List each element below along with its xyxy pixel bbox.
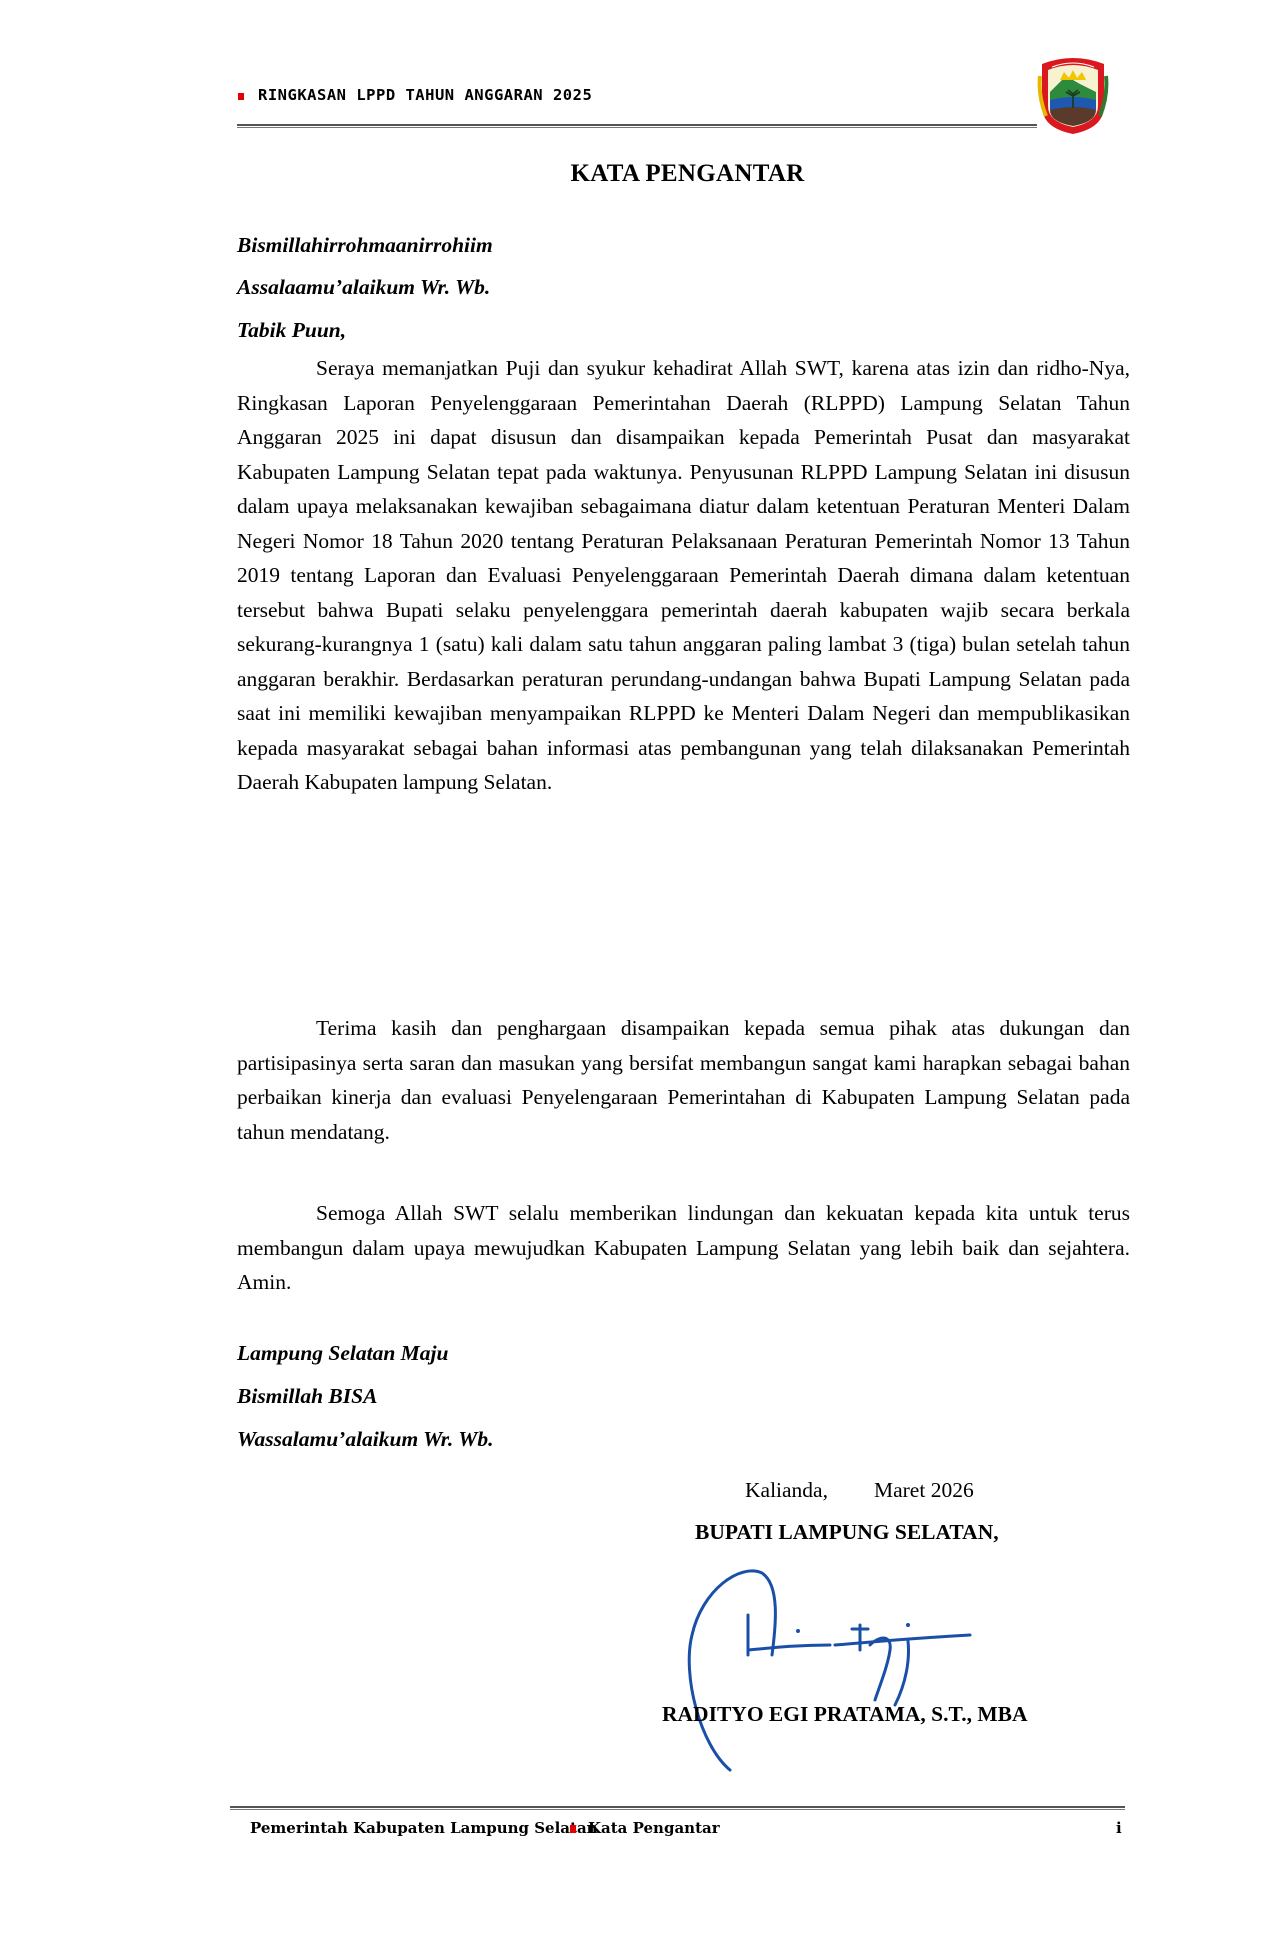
paragraph-intro: Seraya memanjatkan Puji dan syukur kehad…: [237, 351, 1130, 800]
greeting-salam: Assalaamu’alaikum Wr. Wb.: [237, 275, 490, 300]
place: Kalianda,: [745, 1478, 828, 1502]
closing-motto: Lampung Selatan Maju: [237, 1341, 448, 1366]
paragraph-intro-text: Seraya memanjatkan Puji dan syukur kehad…: [237, 356, 1130, 794]
footer-divider: [230, 1806, 1125, 1810]
greeting-tabik: Tabik Puun,: [237, 318, 346, 343]
header-title: RINGKASAN LPPD TAHUN ANGGARAN 2025: [258, 86, 592, 104]
paragraph-prayer: Semoga Allah SWT selalu memberikan lindu…: [237, 1196, 1130, 1300]
header-divider: [237, 124, 1037, 128]
footer-bullet-icon: [570, 1825, 576, 1833]
header-bullet-icon: [238, 93, 244, 100]
document-page: RINGKASAN LPPD TAHUN ANGGARAN 2025 KATA …: [0, 0, 1275, 1950]
page-number: i: [1116, 1819, 1122, 1837]
page-title: KATA PENGANTAR: [0, 160, 1275, 188]
greeting-bismillah: Bismillahirrohmaanirrohiim: [237, 233, 493, 258]
handwritten-signature-icon: [670, 1565, 1040, 1795]
official-position: BUPATI LAMPUNG SELATAN,: [695, 1520, 999, 1545]
footer-organization: Pemerintah Kabupaten Lampung Selatan: [250, 1819, 598, 1837]
closing-bismillah-bisa: Bismillah BISA: [237, 1384, 377, 1409]
paragraph-thanks: Terima kasih dan penghargaan disampaikan…: [237, 1011, 1130, 1149]
official-name: RADITYO EGI PRATAMA, S.T., MBA: [662, 1702, 1028, 1727]
closing-salam: Wassalamu’alaikum Wr. Wb.: [237, 1427, 494, 1452]
date: Maret 2026: [874, 1478, 974, 1502]
place-date: Kalianda,Maret 2026: [745, 1478, 974, 1503]
regency-emblem-icon: [1036, 56, 1110, 136]
paragraph-prayer-text: Semoga Allah SWT selalu memberikan lindu…: [237, 1201, 1130, 1294]
footer-section: Kata Pengantar: [588, 1819, 720, 1837]
paragraph-thanks-text: Terima kasih dan penghargaan disampaikan…: [237, 1016, 1130, 1144]
